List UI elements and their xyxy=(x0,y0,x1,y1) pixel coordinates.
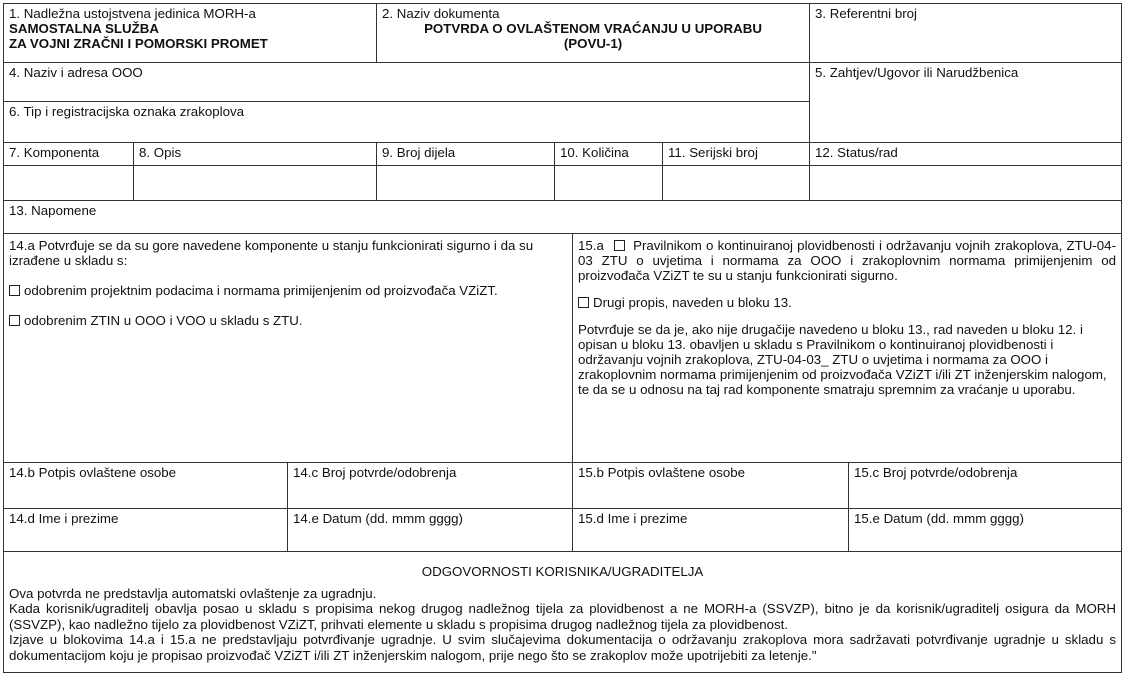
responsibilities-title: ODGOVORNOSTI KORISNIKA/UGRADITELJA xyxy=(9,564,1116,580)
responsibilities-paragraph-3: Izjave u blokovima 14.a i 15.a ne predst… xyxy=(9,632,1116,663)
block-15a-prefix: 15.a xyxy=(578,238,604,253)
header-part-number: 9. Broj dijela xyxy=(376,142,555,166)
authority-name-line2: ZA VOJNI ZRAČNI I POMORSKI PROMET xyxy=(9,36,371,51)
header-quantity: 10. Količina xyxy=(554,142,663,166)
block-15d-name[interactable]: 15.d Ime i prezime xyxy=(572,508,849,552)
block-3-label: 3. Referentni broj xyxy=(815,6,1116,21)
block-15d-label: 15.d Ime i prezime xyxy=(578,511,843,526)
block-15c-label: 15.c Broj potvrde/odobrenja xyxy=(854,465,1116,480)
header-serial-number: 11. Serijski broj xyxy=(662,142,810,166)
block-14a-option-1: odobrenim projektnim podacima i normama … xyxy=(9,283,567,298)
cell-status-work[interactable] xyxy=(809,165,1122,201)
document-title: POTVRDA O OVLAŠTENOM VRAĆANJU U UPORABU xyxy=(382,21,804,36)
header-component: 7. Komponenta xyxy=(3,142,134,166)
block-14c-certificate-number[interactable]: 14.c Broj potvrde/odobrenja xyxy=(287,462,573,509)
block-14b-signature[interactable]: 14.b Potpis ovlaštene osobe xyxy=(3,462,288,509)
block-5-request-contract-order[interactable]: 5. Zahtjev/Ugovor ili Narudžbenica xyxy=(809,62,1122,143)
header-quantity-label: 10. Količina xyxy=(560,145,629,160)
block-15e-label: 15.e Datum (dd. mmm gggg) xyxy=(854,511,1116,526)
checkbox-regulation[interactable] xyxy=(614,240,625,251)
responsibilities-paragraph-1: Ova potvrda ne predstavlja automatski ov… xyxy=(9,586,1116,602)
block-4-label: 4. Naziv i adresa OOO xyxy=(9,65,804,80)
block-13-remarks[interactable]: 13. Napomene xyxy=(3,200,1122,234)
block-6-label: 6. Tip i registracijska oznaka zrakoplov… xyxy=(9,104,804,119)
block-14d-label: 14.d Ime i prezime xyxy=(9,511,282,526)
block-1-authority: 1. Nadležna ustojstvena jedinica MORH-a … xyxy=(3,3,377,63)
header-description-label: 8. Opis xyxy=(139,145,181,160)
user-installer-responsibilities: ODGOVORNOSTI KORISNIKA/UGRADITELJA Ova p… xyxy=(3,551,1122,673)
block-15a-option-1: 15.a Pravilnikom o kontinuiranoj plovidb… xyxy=(578,238,1116,283)
block-2-label: 2. Naziv dokumenta xyxy=(382,6,804,21)
cell-component[interactable] xyxy=(3,165,134,201)
header-status-work: 12. Status/rad xyxy=(809,142,1122,166)
option-design-data-label: odobrenim projektnim podacima i normama … xyxy=(24,283,498,298)
cell-serial-number[interactable] xyxy=(662,165,810,201)
block-14d-name[interactable]: 14.d Ime i prezime xyxy=(3,508,288,552)
header-component-label: 7. Komponenta xyxy=(9,145,99,160)
block-13-label: 13. Napomene xyxy=(9,203,1116,218)
header-description: 8. Opis xyxy=(133,142,377,166)
block-1-label: 1. Nadležna ustojstvena jedinica MORH-a xyxy=(9,6,371,21)
block-5-label: 5. Zahtjev/Ugovor ili Narudžbenica xyxy=(815,65,1116,80)
block-3-reference-number[interactable]: 3. Referentni broj xyxy=(809,3,1122,63)
authority-name-line1: SAMOSTALNA SLUŽBA xyxy=(9,21,371,36)
block-14e-label: 14.e Datum (dd. mmm gggg) xyxy=(293,511,567,526)
responsibilities-paragraph-2: Kada korisnik/ugraditelj obavlja posao u… xyxy=(9,601,1116,632)
cell-description[interactable] xyxy=(133,165,377,201)
block-2-document-name: 2. Naziv dokumenta POTVRDA O OVLAŠTENOM … xyxy=(376,3,810,63)
block-6-aircraft-type-registration[interactable]: 6. Tip i registracijska oznaka zrakoplov… xyxy=(3,101,810,143)
povu-1-form: 1. Nadležna ustojstvena jedinica MORH-a … xyxy=(3,3,1122,673)
header-status-work-label: 12. Status/rad xyxy=(815,145,898,160)
block-14a-intro: 14.a Potvrđuje se da su gore navedene ko… xyxy=(9,238,567,268)
block-15c-certificate-number[interactable]: 15.c Broj potvrde/odobrenja xyxy=(848,462,1122,509)
block-15a-statement: Potvrđuje se da je, ako nije drugačije n… xyxy=(578,322,1116,397)
block-4-ooo-name-address[interactable]: 4. Naziv i adresa OOO xyxy=(3,62,810,102)
header-serial-number-label: 11. Serijski broj xyxy=(668,145,758,160)
block-14e-date[interactable]: 14.e Datum (dd. mmm gggg) xyxy=(287,508,573,552)
block-15a-certification: 15.a Pravilnikom o kontinuiranoj plovidb… xyxy=(572,233,1122,463)
option-ztin-label: odobrenim ZTIN u OOO i VOO u skladu s ZT… xyxy=(24,313,303,328)
block-15e-date[interactable]: 15.e Datum (dd. mmm gggg) xyxy=(848,508,1122,552)
block-15b-signature[interactable]: 15.b Potpis ovlaštene osobe xyxy=(572,462,849,509)
option-other-regulation-label: Drugi propis, naveden u bloku 13. xyxy=(593,295,792,310)
block-15b-label: 15.b Potpis ovlaštene osobe xyxy=(578,465,843,480)
checkbox-ztin[interactable] xyxy=(9,315,20,326)
block-14c-label: 14.c Broj potvrde/odobrenja xyxy=(293,465,567,480)
block-14a-option-2: odobrenim ZTIN u OOO i VOO u skladu s ZT… xyxy=(9,313,567,328)
cell-part-number[interactable] xyxy=(376,165,555,201)
checkbox-other-regulation[interactable] xyxy=(578,297,589,308)
option-regulation-label: Pravilnikom o kontinuiranoj plovidbenost… xyxy=(578,238,1116,283)
cell-quantity[interactable] xyxy=(554,165,663,201)
document-code: (POVU-1) xyxy=(382,36,804,51)
header-part-number-label: 9. Broj dijela xyxy=(382,145,455,160)
block-14a-certification: 14.a Potvrđuje se da su gore navedene ko… xyxy=(3,233,573,463)
block-15a-option-2: Drugi propis, naveden u bloku 13. xyxy=(578,295,1116,310)
block-14b-label: 14.b Potpis ovlaštene osobe xyxy=(9,465,282,480)
checkbox-design-data[interactable] xyxy=(9,285,20,296)
